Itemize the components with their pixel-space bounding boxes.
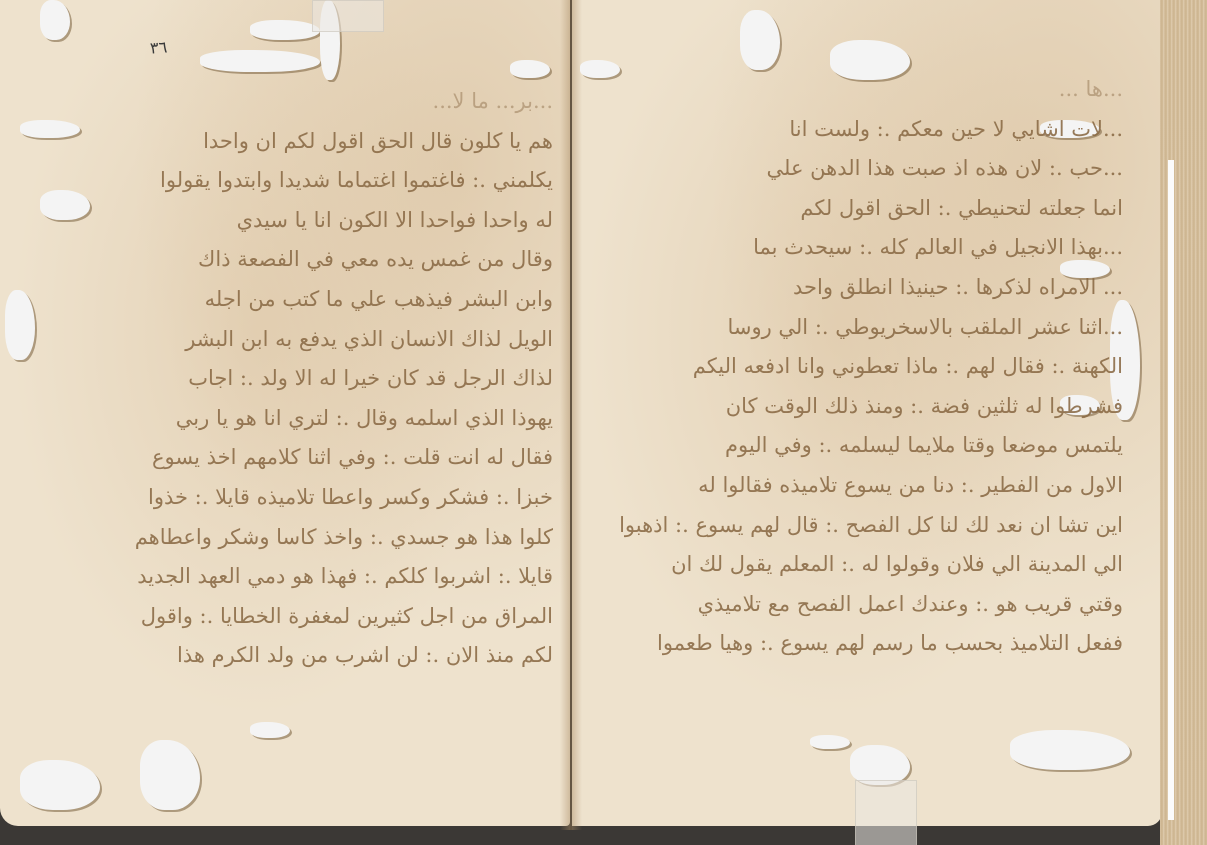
text-line: اين تشا ان نعد لك لنا كل الفصح .: قال له… <box>583 506 1123 546</box>
damage-hole <box>250 722 290 738</box>
damage-hole <box>510 60 550 78</box>
damage-hole <box>810 735 850 749</box>
text-line: فقال له انت قلت .: وفي اثنا كلامهم اخذ ي… <box>48 438 553 478</box>
repair-tape <box>312 0 384 32</box>
text-line: الاول من الفطير .: دنا من يسوع تلاميذه ف… <box>583 466 1123 506</box>
paper-backing-strip <box>1168 160 1174 820</box>
text-line: يلتمس موضعا وقتا ملايما ليسلمه .: وفي ال… <box>583 426 1123 466</box>
text-line: انما جعلته لتحنيطي .: الحق اقول لكم <box>583 189 1123 229</box>
damage-hole <box>850 745 910 785</box>
text-line: لذاك الرجل قد كان خيرا له الا ولد .: اجا… <box>48 359 553 399</box>
right-page-text: ...ها ... ...لات اشايي لا حين معكم .: ول… <box>583 70 1123 664</box>
damage-hole <box>20 760 100 810</box>
text-line: ... الامراه لذكرها .: حينيذا انطلق واحد <box>583 268 1123 308</box>
damage-hole <box>250 20 320 40</box>
left-page-text: ...بر... ما لا... هم يا كلون قال الحق اق… <box>48 82 553 676</box>
text-line: فشرطوا له ثلثين فضة .: ومنذ ذلك الوقت كا… <box>583 387 1123 427</box>
text-line: هم يا كلون قال الحق اقول لكم ان واحدا <box>48 122 553 162</box>
text-line: قايلا .: اشربوا كلكم .: فهذا هو دمي العه… <box>48 557 553 597</box>
text-line: لكم منذ الان .: لن اشرب من ولد الكرم هذا <box>48 636 553 676</box>
text-line: له واحدا فواحدا الا الكون انا يا سيدي <box>48 201 553 241</box>
text-line: ...ها ... <box>583 70 1123 110</box>
repair-tape <box>855 780 917 845</box>
damage-hole <box>1010 730 1130 770</box>
text-line: وابن البشر فيذهب علي ما كتب من اجله <box>48 280 553 320</box>
folio-number: ٣٦ <box>149 37 167 57</box>
text-line: ...حب .: لان هذه اذ صبت هذا الدهن علي <box>583 149 1123 189</box>
damage-hole <box>40 0 70 40</box>
text-line: ...بهذا الانجيل في العالم كله .: سيحدث ب… <box>583 228 1123 268</box>
text-line: الكهنة .: فقال لهم .: ماذا تعطوني وانا ا… <box>583 347 1123 387</box>
text-line: كلوا هذا هو جسدي .: واخذ كاسا وشكر واعطا… <box>48 518 553 558</box>
text-line: ...لات اشايي لا حين معكم .: ولست انا <box>583 110 1123 150</box>
book-gutter <box>560 0 582 830</box>
damage-hole <box>200 50 320 72</box>
text-line: وقال من غمس يده معي في الفصعة ذاك <box>48 240 553 280</box>
text-line: ففعل التلاميذ بحسب ما رسم لهم يسوع .: وه… <box>583 624 1123 664</box>
text-line: الي المدينة الي فلان وقولوا له .: المعلم… <box>583 545 1123 585</box>
open-manuscript: ٣٦ ...بر... ما لا... هم يا كلون قال الحق… <box>0 0 1207 845</box>
text-line: ...اثنا عشر الملقب بالاسخريوطي .: الي رو… <box>583 308 1123 348</box>
text-line: يكلمني .: فاغتموا اغتماما شديدا وابتدوا … <box>48 161 553 201</box>
text-line: خبزا .: فشكر وكسر واعطا تلاميذه قايلا .:… <box>48 478 553 518</box>
text-line: الويل لذاك الانسان الذي يدفع به ابن البش… <box>48 320 553 360</box>
text-line: المراق من اجل كثيرين لمغفرة الخطايا .: و… <box>48 597 553 637</box>
text-line: وقتي قريب هو .: وعندك اعمل الفصح مع تلام… <box>583 585 1123 625</box>
text-line: يهوذا الذي اسلمه وقال .: لتري انا هو يا … <box>48 399 553 439</box>
text-line: ...بر... ما لا... <box>48 82 553 122</box>
